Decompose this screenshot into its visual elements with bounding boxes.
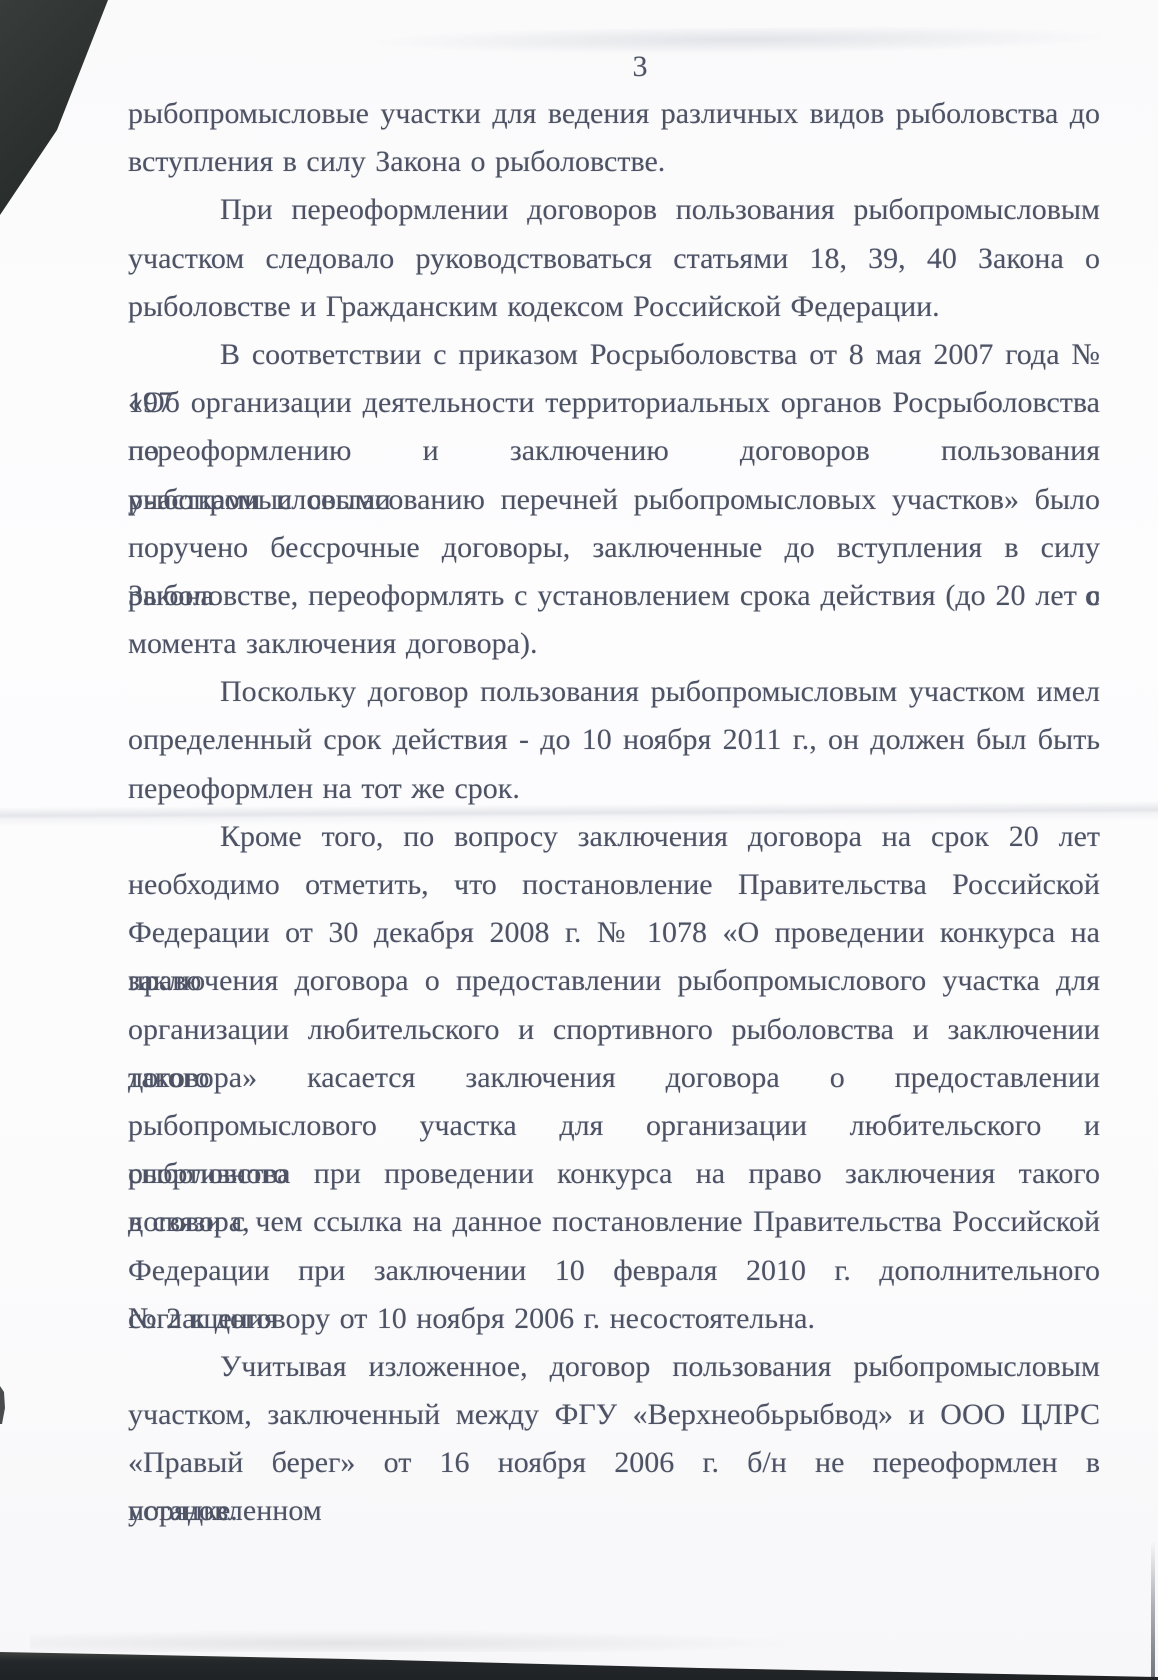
text-line: заключения договора о предоставлении рыб… (128, 957, 1100, 1005)
text-line: рыболовстве и Гражданским кодексом Росси… (128, 283, 1100, 331)
text-line: рыболовстве, переоформлять с установлени… (128, 572, 1100, 620)
text-line: необходимо отметить, что постановление П… (128, 861, 1100, 909)
text-line: момента заключения договора). (128, 620, 1100, 668)
text-line: № 2 к договору от 10 ноября 2006 г. несо… (128, 1295, 1100, 1343)
page-number: 3 (600, 50, 680, 84)
text-line: В соответствии с приказом Росрыболовства… (128, 331, 1100, 379)
text-line: участками и согласованию перечней рыбопр… (128, 476, 1100, 524)
text-line: определенный срок действия - до 10 ноябр… (128, 716, 1100, 764)
document-body: рыбопромысловые участки для ведения разл… (128, 90, 1100, 1536)
text-line: Федерации при заключении 10 февраля 2010… (128, 1247, 1100, 1295)
text-line: «Об организации деятельности территориал… (128, 379, 1100, 427)
text-line: участком следовало руководствоваться ста… (128, 235, 1100, 283)
text-line: переоформлен на тот же срок. (128, 765, 1100, 813)
scan-artifact-right-edge (1151, 1540, 1155, 1680)
scanned-document: { "doc": { "page_number": "3", "language… (0, 0, 1158, 1680)
text-line: рыболовства при проведении конкурса на п… (128, 1150, 1100, 1198)
text-line: организации любительского и спортивного … (128, 1006, 1100, 1054)
text-line: Кроме того, по вопросу заключения догово… (128, 813, 1100, 861)
text-line: «Правый берег» от 16 ноября 2006 г. б/н … (128, 1439, 1100, 1487)
text-line: переоформлению и заключению договоров по… (128, 427, 1100, 475)
text-line: рыбопромыслового участка для организации… (128, 1102, 1100, 1150)
text-line: вступления в силу Закона о рыболовстве. (128, 138, 1100, 186)
text-line: Федерации от 30 декабря 2008 г. № 1078 «… (128, 909, 1100, 957)
text-line: поручено бессрочные договоры, заключенны… (128, 524, 1100, 572)
text-line: Поскольку договор пользования рыбопромыс… (128, 668, 1100, 716)
text-line: в связи с чем ссылка на данное постановл… (128, 1198, 1100, 1246)
text-line: договора» касается заключения договора о… (128, 1054, 1100, 1102)
text-line: При переоформлении договоров пользования… (128, 186, 1100, 234)
scan-streak-top (370, 25, 1110, 56)
scan-smudge-bottom (30, 1630, 810, 1652)
text-line: участком, заключенный между ФГУ «Верхнео… (128, 1391, 1100, 1439)
text-line: рыбопромысловые участки для ведения разл… (128, 90, 1100, 138)
text-line: Учитывая изложенное, договор пользования… (128, 1343, 1100, 1391)
